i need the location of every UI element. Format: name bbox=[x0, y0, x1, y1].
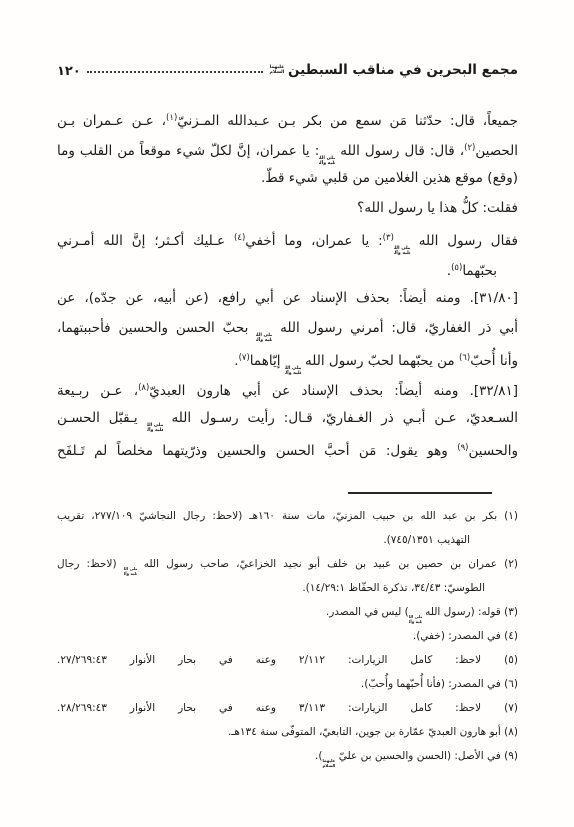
body-line: بحبّهما(٥). bbox=[57, 253, 518, 283]
text-run: عـليك أكـثر؛ إنَّ الله أمـرني bbox=[57, 233, 234, 249]
text-run: [٣٢/٨١]. ومنه أيضاً: بحذف الإسناد عن أبي… bbox=[149, 383, 518, 399]
text-run: يـقبّل الحسـن bbox=[57, 410, 147, 426]
body-line: السـعديّ، عـن أبـي ذر الغـفاريّ، قـال: ر… bbox=[57, 403, 518, 433]
text-run: ). bbox=[315, 750, 322, 762]
body-line: والحسين(٩) وهو يقول: مَن أحبَّ الحسن وال… bbox=[57, 433, 518, 463]
text-run: السـعديّ، عـن أبـي ذر الغـفاريّ، قـال: ر… bbox=[163, 410, 518, 426]
text-run: فقلت: كلُّ هذا يا رسول الله؟ bbox=[357, 200, 518, 216]
footnote-marker: (٣) bbox=[383, 233, 394, 243]
text-run: : يا عمران، وما أخفي bbox=[245, 233, 382, 249]
text-run: إيّاهما bbox=[250, 353, 285, 369]
text-run: (٦) في المصدر: (فأنا أُحبّهما وأُحبّ). bbox=[361, 678, 518, 690]
footnote-line: (١) بكر بن عبد الله بن حبيب المزنيّ، مات… bbox=[57, 504, 518, 528]
honorific-seal-icon: عليهماالسلام bbox=[269, 63, 285, 78]
text-run: التهذيب ٧٤٥/١٣٥١). bbox=[383, 534, 470, 546]
text-run: الحصين bbox=[475, 143, 518, 159]
text-run: (٥) لاحظ: كامل الزيارات: ٢/١١٢ وعنه في ب… bbox=[57, 654, 518, 666]
text-run: (٤) في المصدر: (خفي). bbox=[413, 630, 518, 642]
text-run: ، عـن ربـيعة bbox=[57, 383, 138, 399]
running-title: مجمع البحرين في مناقب السبطين عليهماالسل… bbox=[269, 62, 518, 78]
text-run: وأنا أُحبّ bbox=[470, 353, 518, 369]
footnote-line: (٣) قوله: (رسول الله صلى اللهعليه وآله) … bbox=[57, 600, 518, 624]
footnotes: (١) بكر بن عبد الله بن حبيب المزنيّ، مات… bbox=[57, 504, 518, 768]
book-page: مجمع البحرين في مناقب السبطين عليهماالسل… bbox=[0, 0, 574, 827]
book-title: مجمع البحرين في مناقب السبطين bbox=[288, 62, 518, 78]
prophet-honorific-seal-icon: صلى اللهعليه وآله bbox=[394, 244, 410, 259]
text-run: الطوسيّ: ٣٤/٤٣، تذكرة الحفّاظ ١٤/٢٩:١). bbox=[302, 582, 485, 594]
footnote-line: (٩) في الأصل: (الحسن والحسين بن عليّ علي… bbox=[57, 744, 518, 768]
dotted-leader bbox=[87, 71, 263, 73]
body-line: جميعاً، قال: حدّثنا مَن سمع من بكر بـن ع… bbox=[57, 103, 518, 133]
text-run: بحبّ الحسن والحسين فأحببتهما، bbox=[57, 320, 256, 336]
text-run: بحبّهما bbox=[462, 263, 497, 279]
text-run: (وقع) موقع هذين الغلامين من قلبي شيء قطّ… bbox=[261, 170, 518, 186]
text-run: (٣) قوله: (رسول الله bbox=[422, 606, 518, 618]
footnote-marker: (٦) bbox=[459, 353, 470, 363]
footnote-line: (٨) أبو هارون العبديّ عمّارة بن جوين، ال… bbox=[57, 720, 518, 744]
footnote-marker: (٤) bbox=[234, 233, 245, 243]
text-run: (٧) لاحظ: كامل الزيارات: ٣/١١٣ وعنه في ب… bbox=[57, 702, 518, 714]
body-line: فقلت: كلُّ هذا يا رسول الله؟ bbox=[57, 193, 518, 223]
footnote-marker: (٢) bbox=[464, 143, 475, 153]
text-run: فقال رسول الله bbox=[410, 233, 518, 249]
footnote-line: الطوسيّ: ٣٤/٤٣، تذكرة الحفّاظ ١٤/٢٩:١). bbox=[57, 576, 518, 600]
footnote-line: (٥) لاحظ: كامل الزيارات: ٢/١١٢ وعنه في ب… bbox=[57, 648, 518, 672]
body-line: أبي ذر الغفاريّ، قال: أمرني رسول الله صل… bbox=[57, 313, 518, 343]
footnote-marker: (٧) bbox=[239, 353, 250, 363]
body-line: وأنا أُحبّ(٦) من يحبّهما لحبّ رسول الله … bbox=[57, 343, 518, 373]
text-run: ، عـن عـمران بـن bbox=[57, 113, 166, 129]
alayhima-assalam-seal-icon: عليهماالسلام bbox=[322, 758, 335, 770]
text-run: ، قال: قال رسول الله bbox=[335, 143, 464, 159]
text-run: (لاحظ: رجال bbox=[57, 558, 124, 570]
body-line: الحصين(٢)، قال: قال رسول الله صلى اللهعل… bbox=[57, 133, 518, 163]
footnote-line: التهذيب ٧٤٥/١٣٥١). bbox=[57, 528, 518, 552]
text-run: والحسين bbox=[469, 443, 519, 459]
footnote-line: (٢) عمران بن حصين بن عبيد بن خلف أبو نجي… bbox=[57, 552, 518, 576]
body-text: جميعاً، قال: حدّثنا مَن سمع من بكر بـن ع… bbox=[57, 103, 518, 463]
footnote-line: (٤) في المصدر: (خفي). bbox=[57, 624, 518, 648]
footnote-line: (٦) في المصدر: (فأنا أُحبّهما وأُحبّ). bbox=[57, 672, 518, 696]
footnote-marker: (٥) bbox=[451, 263, 462, 273]
text-run: (٢) عمران بن حصين بن عبيد بن خلف أبو نجي… bbox=[137, 558, 518, 570]
text-run: ) ليس في المصدر. bbox=[326, 606, 409, 618]
footnote-separator bbox=[348, 492, 492, 494]
text-run: : يا عمران، إنَّ لكلّ شيء موقعاً من القل… bbox=[57, 143, 319, 159]
text-run: (١) بكر بن عبد الله بن حبيب المزنيّ، مات… bbox=[57, 510, 518, 522]
footnote-line: (٧) لاحظ: كامل الزيارات: ٣/١١٣ وعنه في ب… bbox=[57, 696, 518, 720]
text-run: [٣١/٨٠]. ومنه أيضاً: بحذف الإسناد عن أبي… bbox=[57, 290, 518, 306]
text-run: من يحبّهما لحبّ رسول الله bbox=[301, 353, 459, 369]
page-number: ١٢٠ bbox=[57, 65, 81, 78]
footnote-marker: (٨) bbox=[138, 383, 149, 393]
text-run: وهو يقول: مَن أحبَّ الحسن والحسين وذرّيت… bbox=[57, 443, 457, 459]
text-run: (٨) أبو هارون العبديّ عمّارة بن جوين، ال… bbox=[228, 726, 518, 738]
body-line: فقال رسول الله صلى اللهعليه وآله(٣): يا … bbox=[57, 223, 518, 253]
text-run: أبي ذر الغفاريّ، قال: أمرني رسول الله bbox=[272, 320, 518, 336]
prophet-honorific-seal-icon: صلى اللهعليه وآله bbox=[124, 566, 137, 578]
text-run: جميعاً، قال: حدّثنا مَن سمع من بكر بـن ع… bbox=[177, 113, 518, 129]
footnote-marker: (٩) bbox=[457, 443, 468, 453]
text-run: (٩) في الأصل: (الحسن والحسين بن عليّ bbox=[335, 750, 518, 762]
footnote-marker: (١) bbox=[166, 113, 177, 123]
body-line: [٣٢/٨١]. ومنه أيضاً: بحذف الإسناد عن أبي… bbox=[57, 373, 518, 403]
page-header: مجمع البحرين في مناقب السبطين عليهماالسل… bbox=[57, 52, 518, 78]
body-line: (وقع) موقع هذين الغلامين من قلبي شيء قطّ… bbox=[57, 163, 518, 193]
body-line: [٣١/٨٠]. ومنه أيضاً: بحذف الإسناد عن أبي… bbox=[57, 283, 518, 313]
